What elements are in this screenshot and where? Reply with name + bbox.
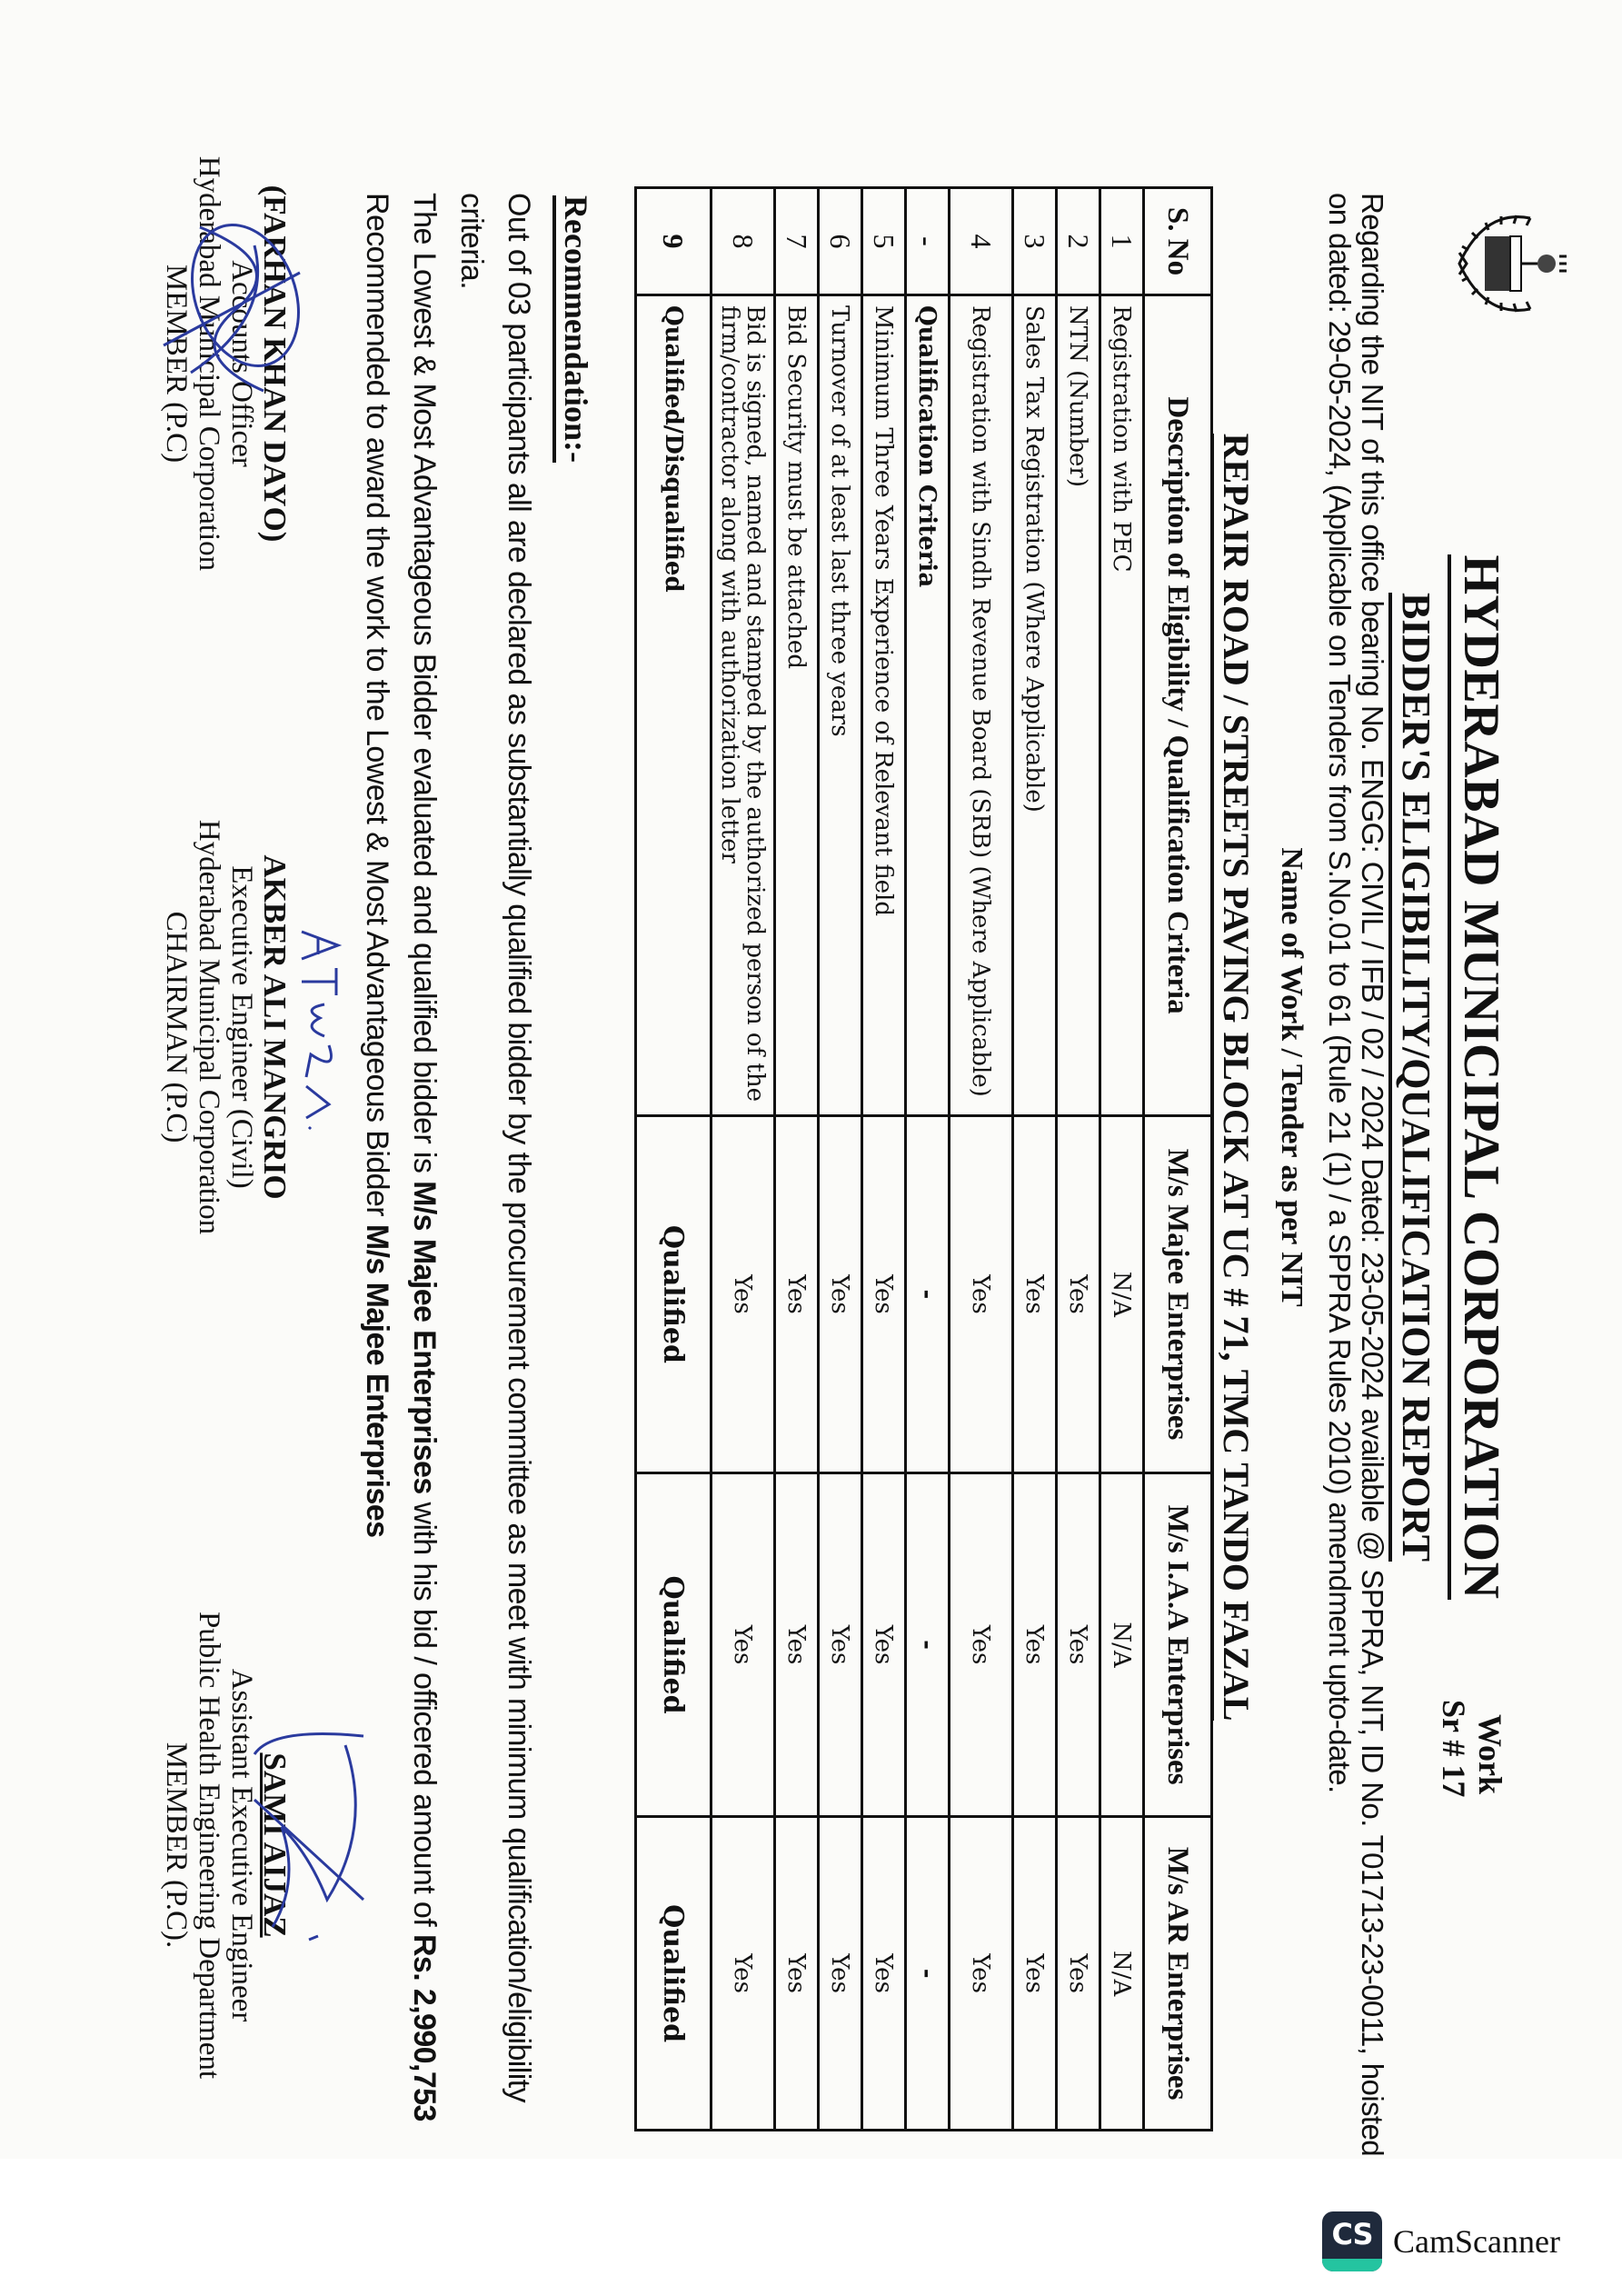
- eligibility-table: S. No Description of Eligibility / Quali…: [634, 186, 1213, 2131]
- cell-sno: 4: [950, 188, 1013, 295]
- cell-bidder-1: Yes: [950, 1116, 1013, 1473]
- header-bidder-1: M/s Majee Enterprises: [1144, 1116, 1212, 1473]
- table-header-row: S. No Description of Eligibility / Quali…: [1144, 188, 1212, 2131]
- cell-bidder-1: Yes: [711, 1116, 775, 1473]
- scanned-page: HYDERABAD MUNICIPAL CORPORATION BIDDER'S…: [0, 0, 1622, 2159]
- recommendation-heading-text: Recommendation:-: [552, 195, 594, 463]
- table-row: 2NTN (Number)YesYesYes: [1057, 188, 1100, 2131]
- table-row: 4Registration with Sindh Revenue Board (…: [950, 188, 1013, 2131]
- cell-bidder-3: Yes: [819, 1817, 862, 2131]
- camscanner-logo-text: CS: [1322, 2217, 1382, 2251]
- cell-description: Minimum Three Years Experience of Releva…: [862, 295, 906, 1116]
- cell-sno: 5: [862, 188, 906, 295]
- header-bidder-2: M/s I.A.A Enterprises: [1144, 1472, 1212, 1816]
- camscanner-logo-band: [1322, 2259, 1382, 2271]
- recommendation-line-2: The Lowest & Most Advantageous Bidder ev…: [401, 193, 448, 2156]
- cell-bidder-3: -: [906, 1817, 950, 2131]
- table-row: 3Sales Tax Registration (Where Applicabl…: [1013, 188, 1057, 2131]
- cell-sno: -: [906, 188, 950, 295]
- cell-description: Registration with Sindh Revenue Board (S…: [950, 295, 1013, 1116]
- rec-text: Recommended to award the work to the Low…: [360, 193, 394, 1224]
- signatory-assistant-executive-engineer: SAMI AIJAZ Assistant Executive Engineer …: [160, 1563, 291, 2127]
- signatory-organization: Public Health Engineering Department: [193, 1563, 225, 2127]
- work-label: Work: [1472, 1700, 1508, 1797]
- camscanner-name: CamScanner: [1393, 2222, 1560, 2261]
- cell-bidder-2: -: [906, 1472, 950, 1816]
- table-row: 6Turnover of at least last three yearsYe…: [819, 188, 862, 2131]
- cell-sno: 9: [636, 188, 711, 295]
- cell-bidder-2: Yes: [950, 1472, 1013, 1816]
- cell-bidder-2: N/A: [1100, 1472, 1144, 1816]
- table-row: 1Registration with PECN/AN/AN/A: [1100, 188, 1144, 2131]
- cell-description: Bid Security must be attached: [775, 295, 819, 1116]
- name-of-work-label: Name of Work / Tender as per NIT: [1274, 0, 1309, 2154]
- table-row: 8Bid is signed, named and stamped by the…: [711, 188, 775, 2131]
- cell-sno: 7: [775, 188, 819, 295]
- table-row: 5Minimum Three Years Experience of Relev…: [862, 188, 906, 2131]
- cell-bidder-2: Yes: [711, 1472, 775, 1816]
- cell-bidder-1: N/A: [1100, 1116, 1144, 1473]
- cell-description: Registration with PEC: [1100, 295, 1144, 1116]
- cell-bidder-3: Yes: [775, 1817, 819, 2131]
- signature-scribble-icon: [136, 209, 327, 445]
- signatory-role: CHAIRMAN (P.C): [160, 773, 193, 1282]
- rec-text: with his bid / officered amount of: [407, 1494, 442, 1934]
- organization-title: HYDERABAD MUNICIPAL CORPORATION: [1452, 0, 1510, 2154]
- cell-bidder-1: Yes: [1013, 1116, 1057, 1473]
- signatory-designation: Executive Engineer (Civil): [225, 773, 258, 1282]
- rec-text: The Lowest & Most Advantageous Bidder ev…: [407, 193, 442, 1181]
- signatory-name: AKBER ALI MANGRIO: [258, 773, 291, 1282]
- cell-bidder-1: Qualified: [636, 1116, 711, 1473]
- cell-sno: 1: [1100, 188, 1144, 295]
- recommendation-heading: Recommendation:-: [557, 195, 595, 463]
- signatory-accounts-officer: (FARHAN KHAN DAYO) Accounts Officer Hyde…: [160, 127, 291, 600]
- cell-sno: 6: [819, 188, 862, 295]
- cell-description: Bid is signed, named and stamped by the …: [711, 295, 775, 1116]
- signatory-executive-engineer: AKBER ALI MANGRIO Executive Engineer (Ci…: [160, 773, 291, 1282]
- recommended-bidder: M/s Majee Enterprises: [407, 1181, 442, 1494]
- name-of-work: REPAIR ROAD / STREETS PAVING BLOCK AT UC…: [1215, 0, 1258, 2154]
- table-row: -Qualification Criteria---: [906, 188, 950, 2131]
- nit-paragraph: Regarding the NIT of this office bearing…: [1323, 193, 1388, 2156]
- cell-bidder-2: Qualified: [636, 1472, 711, 1816]
- cell-bidder-1: Yes: [1057, 1116, 1100, 1473]
- signature-scribble-icon: [245, 1718, 382, 1954]
- table-row: 7Bid Security must be attachedYesYesYes: [775, 188, 819, 2131]
- organization-name: HYDERABAD MUNICIPAL CORPORATION: [1448, 554, 1509, 1599]
- signatory-organization: Hyderabad Municipal Corporation: [193, 773, 225, 1282]
- cell-description: Turnover of at least last three years: [819, 295, 862, 1116]
- cell-sno: 8: [711, 188, 775, 295]
- table-body: 1Registration with PECN/AN/AN/A2NTN (Num…: [636, 188, 1144, 2131]
- table-row: 9Qualified/DisqualifiedQualifiedQualifie…: [636, 188, 711, 2131]
- cell-bidder-2: Yes: [1013, 1472, 1057, 1816]
- report-title: BIDDER'S ELIGIBILITY/QUALIFICATION REPOR…: [1393, 0, 1439, 2154]
- work-reference: Work Sr # 17: [1436, 1700, 1508, 1797]
- serial-number: Sr # 17: [1436, 1700, 1472, 1797]
- cell-description: Sales Tax Registration (Where Applicable…: [1013, 295, 1057, 1116]
- cell-bidder-2: Yes: [819, 1472, 862, 1816]
- cell-sno: 2: [1057, 188, 1100, 295]
- cell-bidder-3: Yes: [1057, 1817, 1100, 2131]
- cell-bidder-3: Qualified: [636, 1817, 711, 2131]
- cell-bidder-1: -: [906, 1116, 950, 1473]
- bid-amount: Rs. 2,990,753: [407, 1934, 442, 2121]
- camscanner-logo-icon: CS: [1322, 2211, 1382, 2271]
- signature-scribble-icon: [293, 927, 347, 1136]
- cell-bidder-2: Yes: [862, 1472, 906, 1816]
- cell-bidder-3: N/A: [1100, 1817, 1144, 2131]
- cell-bidder-1: Yes: [819, 1116, 862, 1473]
- recommendation-line-1: Out of 03 participants all are declared …: [448, 193, 542, 2156]
- camscanner-watermark: CS CamScanner: [1322, 2211, 1560, 2271]
- header-bidder-3: M/s AR Enterprises: [1144, 1817, 1212, 2131]
- cell-description: Qualification Criteria: [906, 295, 950, 1116]
- report-title-text: BIDDER'S ELIGIBILITY/QUALIFICATION REPOR…: [1388, 593, 1438, 1562]
- cell-bidder-3: Yes: [711, 1817, 775, 2131]
- cell-description: NTN (Number): [1057, 295, 1100, 1116]
- cell-bidder-3: Yes: [1013, 1817, 1057, 2131]
- document-page: HYDERABAD MUNICIPAL CORPORATION BIDDER'S…: [0, 0, 1599, 2154]
- cell-sno: 3: [1013, 188, 1057, 295]
- header-description: Description of Eligibility / Qualificati…: [1144, 295, 1212, 1116]
- awarded-bidder: M/s Majee Enterprises: [360, 1224, 394, 1538]
- signatory-role: MEMBER (P.C).: [160, 1563, 193, 2127]
- cell-bidder-3: Yes: [862, 1817, 906, 2131]
- cell-bidder-1: Yes: [862, 1116, 906, 1473]
- cell-bidder-3: Yes: [950, 1817, 1013, 2131]
- cell-description: Qualified/Disqualified: [636, 295, 711, 1116]
- cell-bidder-2: Yes: [775, 1472, 819, 1816]
- cell-bidder-1: Yes: [775, 1116, 819, 1473]
- recommendation-body: Out of 03 participants all are declared …: [353, 193, 542, 2156]
- header-sno: S. No: [1144, 188, 1212, 295]
- name-of-work-text: REPAIR ROAD / STREETS PAVING BLOCK AT UC…: [1210, 434, 1257, 1722]
- cell-bidder-2: Yes: [1057, 1472, 1100, 1816]
